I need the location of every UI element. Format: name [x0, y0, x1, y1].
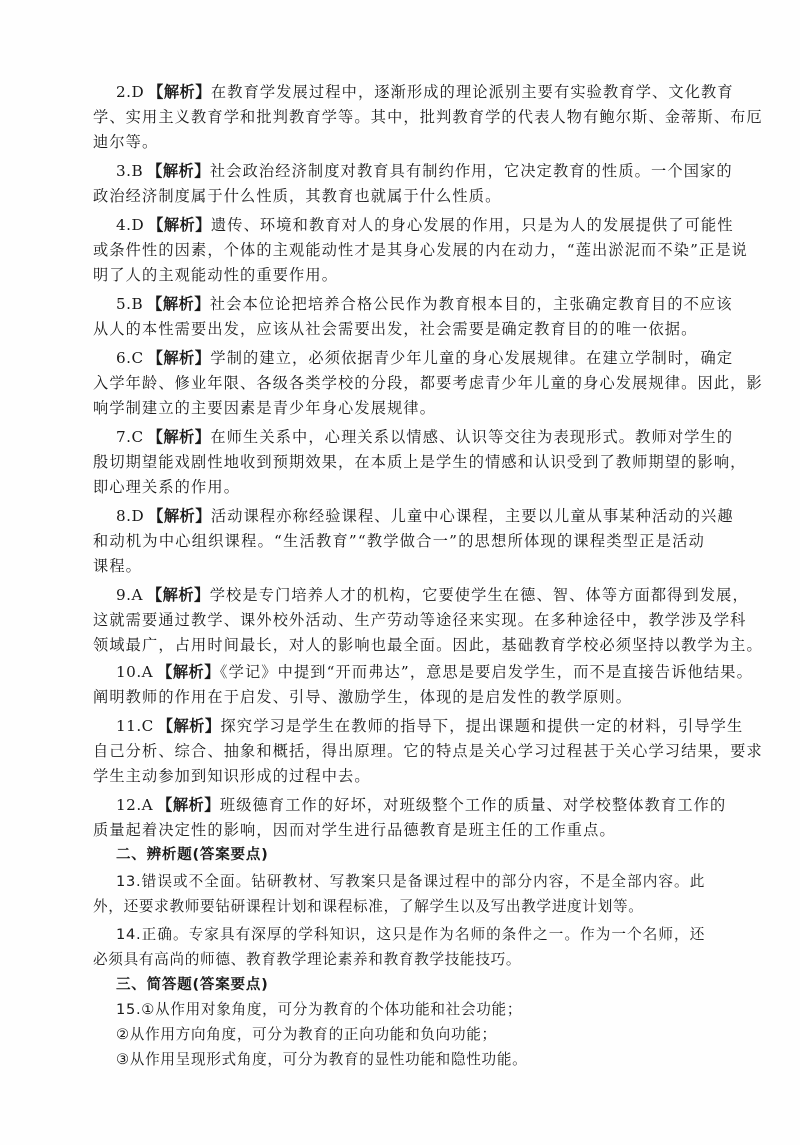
answer-text: 在师生关系中，心理关系以情感、认识等交往为表现形式。教师对学生的	[210, 428, 733, 446]
answer-text: 政治经济制度属于什么性质，其教育也就属于什么性质。	[93, 184, 705, 208]
answer-text: 即心理关系的作用。	[93, 475, 705, 499]
analysis-tag: 【解析】	[148, 428, 211, 446]
analysis-tag: 【解析】	[157, 663, 220, 681]
answer-text: 课程。	[93, 554, 705, 578]
answer-text: 《学记》中提到“开而弗达”，意思是要启发学生，而不是直接告诉他结果。	[220, 663, 753, 681]
analysis-tag: 【解析】	[147, 162, 210, 180]
analysis-tag: 【解析】	[147, 586, 210, 604]
answer-text: 阐明教师的作用在于启发、引导、激励学生，体现的是启发性的教学原则。	[93, 685, 705, 709]
answer-text: 入学年龄、修业年限、各级各类学校的分段，都要考虑青少年儿童的身心发展规律。因此，…	[93, 371, 705, 395]
answer-text: 遗传、环境和教育对人的身心发展的作用，只是为人的发展提供了可能性	[211, 216, 734, 234]
answer-text: 领域最广，占用时间最长，对人的影响也最全面。因此，基础教育学校必须坚持以教学为主…	[93, 633, 705, 657]
answer-text: 在教育学发展过程中，逐渐形成的理论派别主要有实验教育学、文化教育	[211, 83, 734, 101]
answer-text: 学生主动参加到知识形成的过程中去。	[93, 764, 705, 788]
answer-text: 学制的建立，必须依据青少年儿童的身心发展规律。在建立学制时，确定	[210, 349, 733, 367]
answer-text: 明了人的主观能动性的重要作用。	[93, 263, 705, 287]
analysis-tag: 【解析】	[147, 295, 210, 313]
analysis-tag: 【解析】	[148, 349, 211, 367]
answer-text: 学、实用主义教育学和批判教育学等。其中，批判教育学的代表人物有鲍尔斯、金蒂斯、布…	[93, 105, 705, 129]
answer-text: 15.①从作用对象角度，可分为教育的个体功能和社会功能；	[93, 998, 705, 1022]
answer-number: 6.C	[116, 349, 144, 367]
answer-text: 14.正确。专家具有深厚的学科知识，这只是作为名师的条件之一。作为一个名师，还	[93, 923, 705, 947]
answer-text: 这就需要通过教学、课外校外活动、生产劳动等途径来实现。在多种途径中，教学涉及学科	[93, 608, 705, 632]
answer-text: 质量起着决定性的影响，因而对学生进行品德教育是班主任的工作重点。	[93, 818, 705, 842]
scanned-answer-page: 2.D【解析】在教育学发展过程中，逐渐形成的理论派别主要有实验教育学、文化教育 …	[0, 0, 800, 1145]
answer-number: 2.D	[116, 83, 144, 101]
analysis-tag: 【解析】	[148, 216, 211, 234]
answer-text: 和动机为中心组织课程。“生活教育”“教学做合一”的思想所体现的课程类型正是活动	[93, 529, 705, 553]
answer-text: 外，还要求教师要钻研课程计划和课程标准，了解学生以及写出教学进度计划等。	[93, 895, 705, 919]
answer-text: 学校是专门培养人才的机构，它要使学生在德、智、体等方面都得到发展，	[210, 586, 749, 604]
section-heading: 三、简答题(答案要点)	[93, 973, 705, 997]
answer-text: 必须具有高尚的师德、教育教学理论素养和教育教学技能技巧。	[93, 948, 705, 972]
answer-text: 13.错误或不全面。钻研教材、写教案只是备课过程中的部分内容，不是全部内容。此	[93, 870, 705, 894]
answer-number: 12.A	[116, 796, 153, 814]
answer-number: 5.B	[116, 295, 143, 313]
answer-number: 3.B	[116, 162, 143, 180]
answer-text: 自己分析、综合、抽象和概括，得出原理。它的特点是关心学习过程甚于关心学习结果，要…	[93, 739, 705, 763]
answer-text: 活动课程亦称经验课程、儿童中心课程，主要以儿童从事某种活动的兴趣	[211, 507, 734, 525]
answer-text: 社会政治经济制度对教育具有制约作用，它决定教育的性质。一个国家的	[210, 162, 733, 180]
answer-text: 或条件性的因素，个体的主观能动性才是其身心发展的内在动力，“莲出淤泥而不染”正是…	[93, 238, 705, 262]
answer-number: 4.D	[116, 216, 144, 234]
analysis-tag: 【解析】	[148, 83, 211, 101]
analysis-tag: 【解析】	[157, 796, 220, 814]
analysis-tag: 【解析】	[158, 717, 221, 735]
answer-text: ②从作用方向角度，可分为教育的正向功能和负向功能；	[93, 1023, 705, 1047]
answer-text: 迪尔等。	[93, 130, 705, 154]
answer-text: 从人的本性需要出发，应该从社会需要出发，社会需要是确定教育目的的唯一依据。	[93, 317, 705, 341]
answer-text: 殷切期望能戏剧性地收到预期效果，在本质上是学生的情感和认识受到了教师期望的影响，	[93, 450, 705, 474]
answer-text: 社会本位论把培养合格公民作为教育根本目的，主张确定教育目的不应该	[210, 295, 733, 313]
answer-text: ③从作用呈现形式角度，可分为教育的显性功能和隐性功能。	[93, 1048, 705, 1072]
answer-number: 11.C	[116, 717, 154, 735]
answer-number: 10.A	[116, 663, 153, 681]
answer-number: 8.D	[116, 507, 144, 525]
analysis-tag: 【解析】	[148, 507, 211, 525]
answer-text: 探究学习是学生在教师的指导下，提出课题和提供一定的材料，引导学生	[221, 717, 744, 735]
section-heading: 二、辨析题(答案要点)	[93, 843, 705, 867]
answer-text: 班级德育工作的好坏，对班级整个工作的质量、对学校整体教育工作的	[220, 796, 726, 814]
answer-number: 7.C	[116, 428, 144, 446]
answer-number: 9.A	[116, 586, 143, 604]
answer-text: 响学制建立的主要因素是青少年身心发展规律。	[93, 396, 705, 420]
